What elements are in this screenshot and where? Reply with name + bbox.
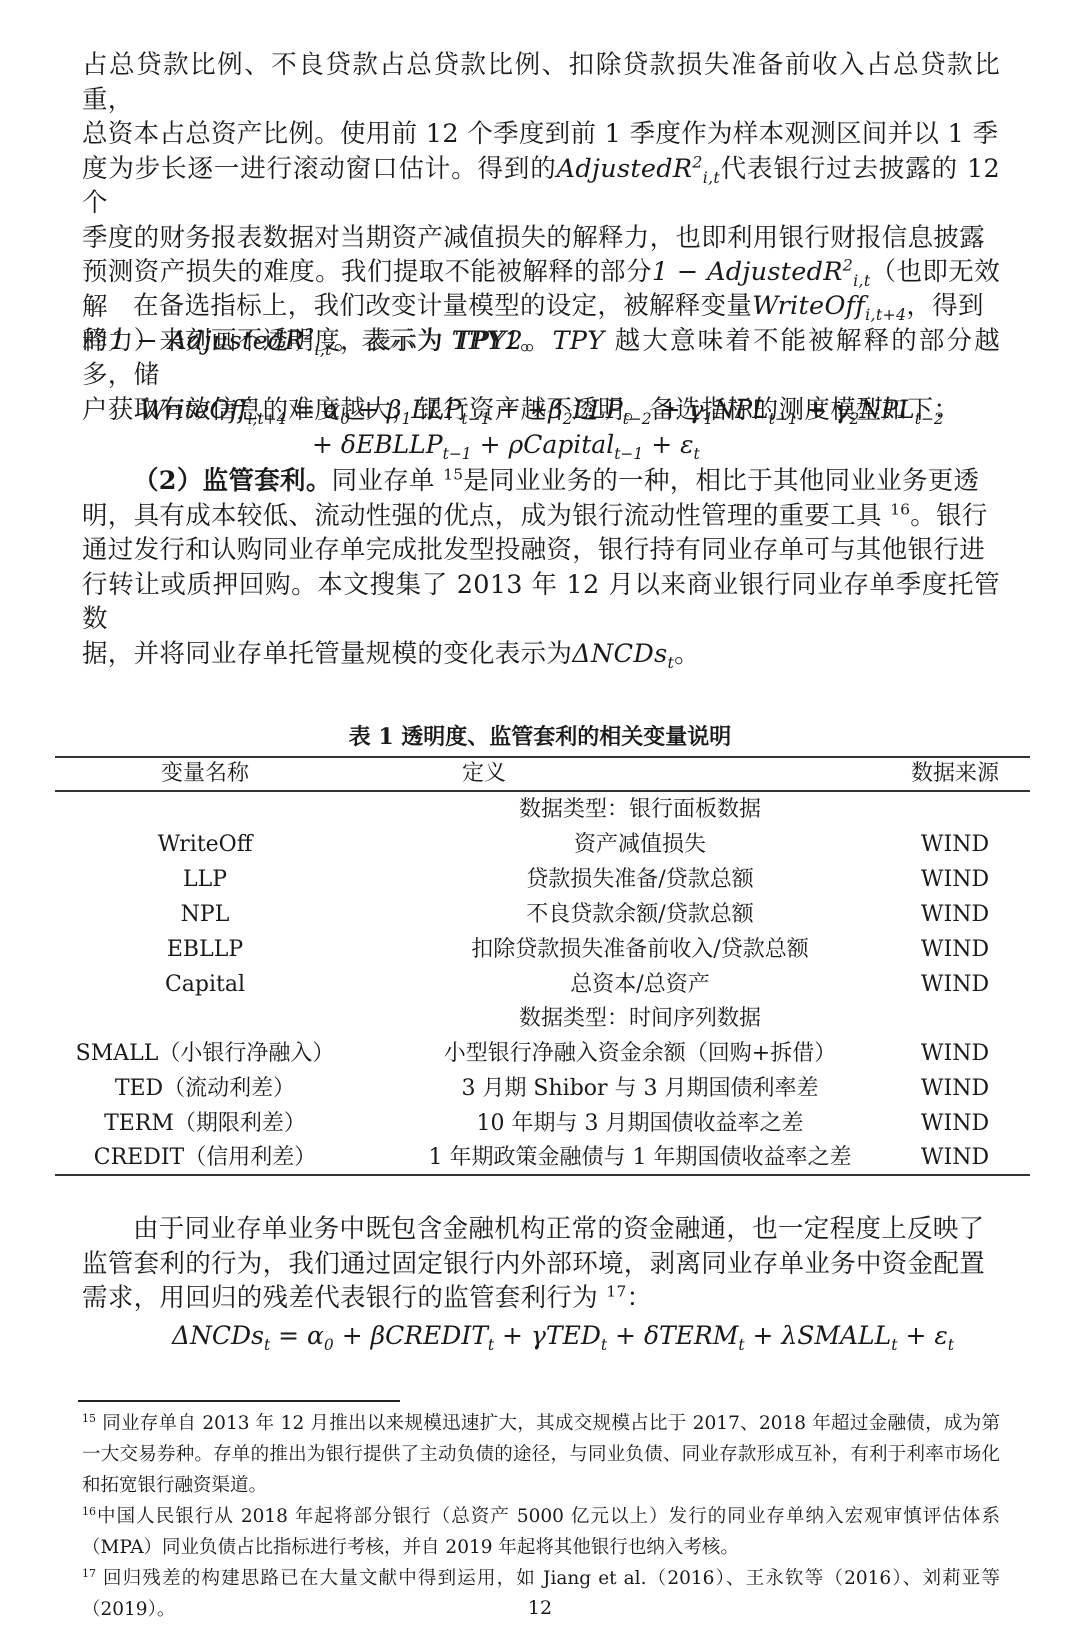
table-header-variable: 变量名称 xyxy=(105,757,305,791)
text-line: 需求，用回归的残差代表银行的监管套利行为 17： xyxy=(82,1281,1000,1316)
table-header-definition: 定义 xyxy=(462,757,522,791)
math-adjusted-r2: AdjustedR2i,t xyxy=(557,154,720,184)
text-line: 的1 − AdjustedR2i,t。表示为 TPY2。TPY 越大意味着不能被… xyxy=(82,324,1000,393)
math-one-minus-adjusted-r2: 1 − AdjustedR2i,t xyxy=(652,257,871,287)
footnote-ref-17[interactable]: 17 xyxy=(606,1283,626,1301)
table-caption: 表 1 透明度、监管套利的相关变量说明 xyxy=(0,720,1080,751)
table-header-source: 数据来源 xyxy=(880,757,1030,791)
table-section-timeseries: 数据类型：时间序列数据 xyxy=(370,1002,910,1036)
text-line: 总资本占总资产比例。使用前 12 个季度到前 1 季度作为样本观测区间并以 1 … xyxy=(82,117,1000,152)
footnote-ref-16[interactable]: 16 xyxy=(890,500,910,518)
equation-writeoff-line2: + δEBLLPt−1 + ρCapitalt−1 + εt xyxy=(312,428,700,462)
text-line: 季度的财务报表数据对当期资产减值损失的解释力，也即利用银行财报信息披露 xyxy=(82,221,1000,256)
text-line: 度为步长逐一进行滚动窗口估计。得到的AdjustedR2i,t代表银行过去披露的… xyxy=(82,152,1000,221)
footnote-15: 15 同业存单自 2013 年 12 月推出以来规模迅速扩大，其成交规模占比于 … xyxy=(82,1408,1000,1501)
text-line: 在备选指标上，我们改变计量模型的设定，被解释变量WriteOffi,t+4，得到 xyxy=(82,289,1000,324)
text-line: 据，并将同业存单托管量规模的变化表示为ΔNCDst。 xyxy=(82,637,1000,672)
paragraph-regulatory-arbitrage: （2）监管套利。同业存单 15是同业业务的一种，相比于其他同业业务更透 明，具有… xyxy=(82,464,1000,671)
text-line: 通过发行和认购同业存单完成批发型投融资，银行持有同业存单可与其他银行进 xyxy=(82,533,1000,568)
equation-writeoff-line1: WriteOffi,t+4 = α0 + β1LLPt−1 + +β2LLPt−… xyxy=(140,393,944,427)
text-line: 由于同业存单业务中既包含金融机构正常的资金融通，也一定程度上反映了 xyxy=(82,1212,1000,1247)
table-section-panel: 数据类型：银行面板数据 xyxy=(370,793,910,827)
text-line: 占总贷款比例、不良贷款占总贷款比例、扣除贷款损失准备前收入占总贷款比重， xyxy=(82,48,1000,117)
text-line: 监管套利的行为，我们通过固定银行内外部环境，剥离同业存单业务中资金配置 xyxy=(82,1247,1000,1282)
section-heading: （2）监管套利。 xyxy=(133,466,332,496)
equation-ncds: ΔNCDst = α0 + βCREDITt + γTEDt + δTERMt … xyxy=(172,1319,954,1353)
document-page: 占总贷款比例、不良贷款占总贷款比例、扣除贷款损失准备前收入占总贷款比重， 总资本… xyxy=(0,0,1080,1632)
text-line: （2）监管套利。同业存单 15是同业业务的一种，相比于其他同业业务更透 xyxy=(82,464,1000,499)
table-header-rule xyxy=(55,790,1030,792)
page-number: 12 xyxy=(0,1597,1080,1619)
footnote-ref-15[interactable]: 15 xyxy=(443,466,463,484)
math-writeoff: WriteOffi,t+4 xyxy=(752,291,906,321)
table-bottom-rule xyxy=(55,1174,1030,1176)
footnote-16: 16中国人民银行从 2018 年起将部分银行（总资产 5000 亿元以上）发行的… xyxy=(82,1501,1000,1563)
paragraph-residual-method: 由于同业存单业务中既包含金融机构正常的资金融通，也一定程度上反映了 监管套利的行… xyxy=(82,1212,1000,1316)
footnote-separator xyxy=(78,1400,400,1402)
text-line: 行转让或质押回购。本文搜集了 2013 年 12 月以来商业银行同业存单季度托管… xyxy=(82,568,1000,637)
math-delta-ncds: ΔNCDst xyxy=(572,639,674,669)
text-line: 明，具有成本较低、流动性强的优点，成为银行流动性管理的重要工具 16。银行 xyxy=(82,499,1000,534)
math-one-minus-adjusted-r2: 1 − AdjustedR2i,t xyxy=(110,326,332,356)
